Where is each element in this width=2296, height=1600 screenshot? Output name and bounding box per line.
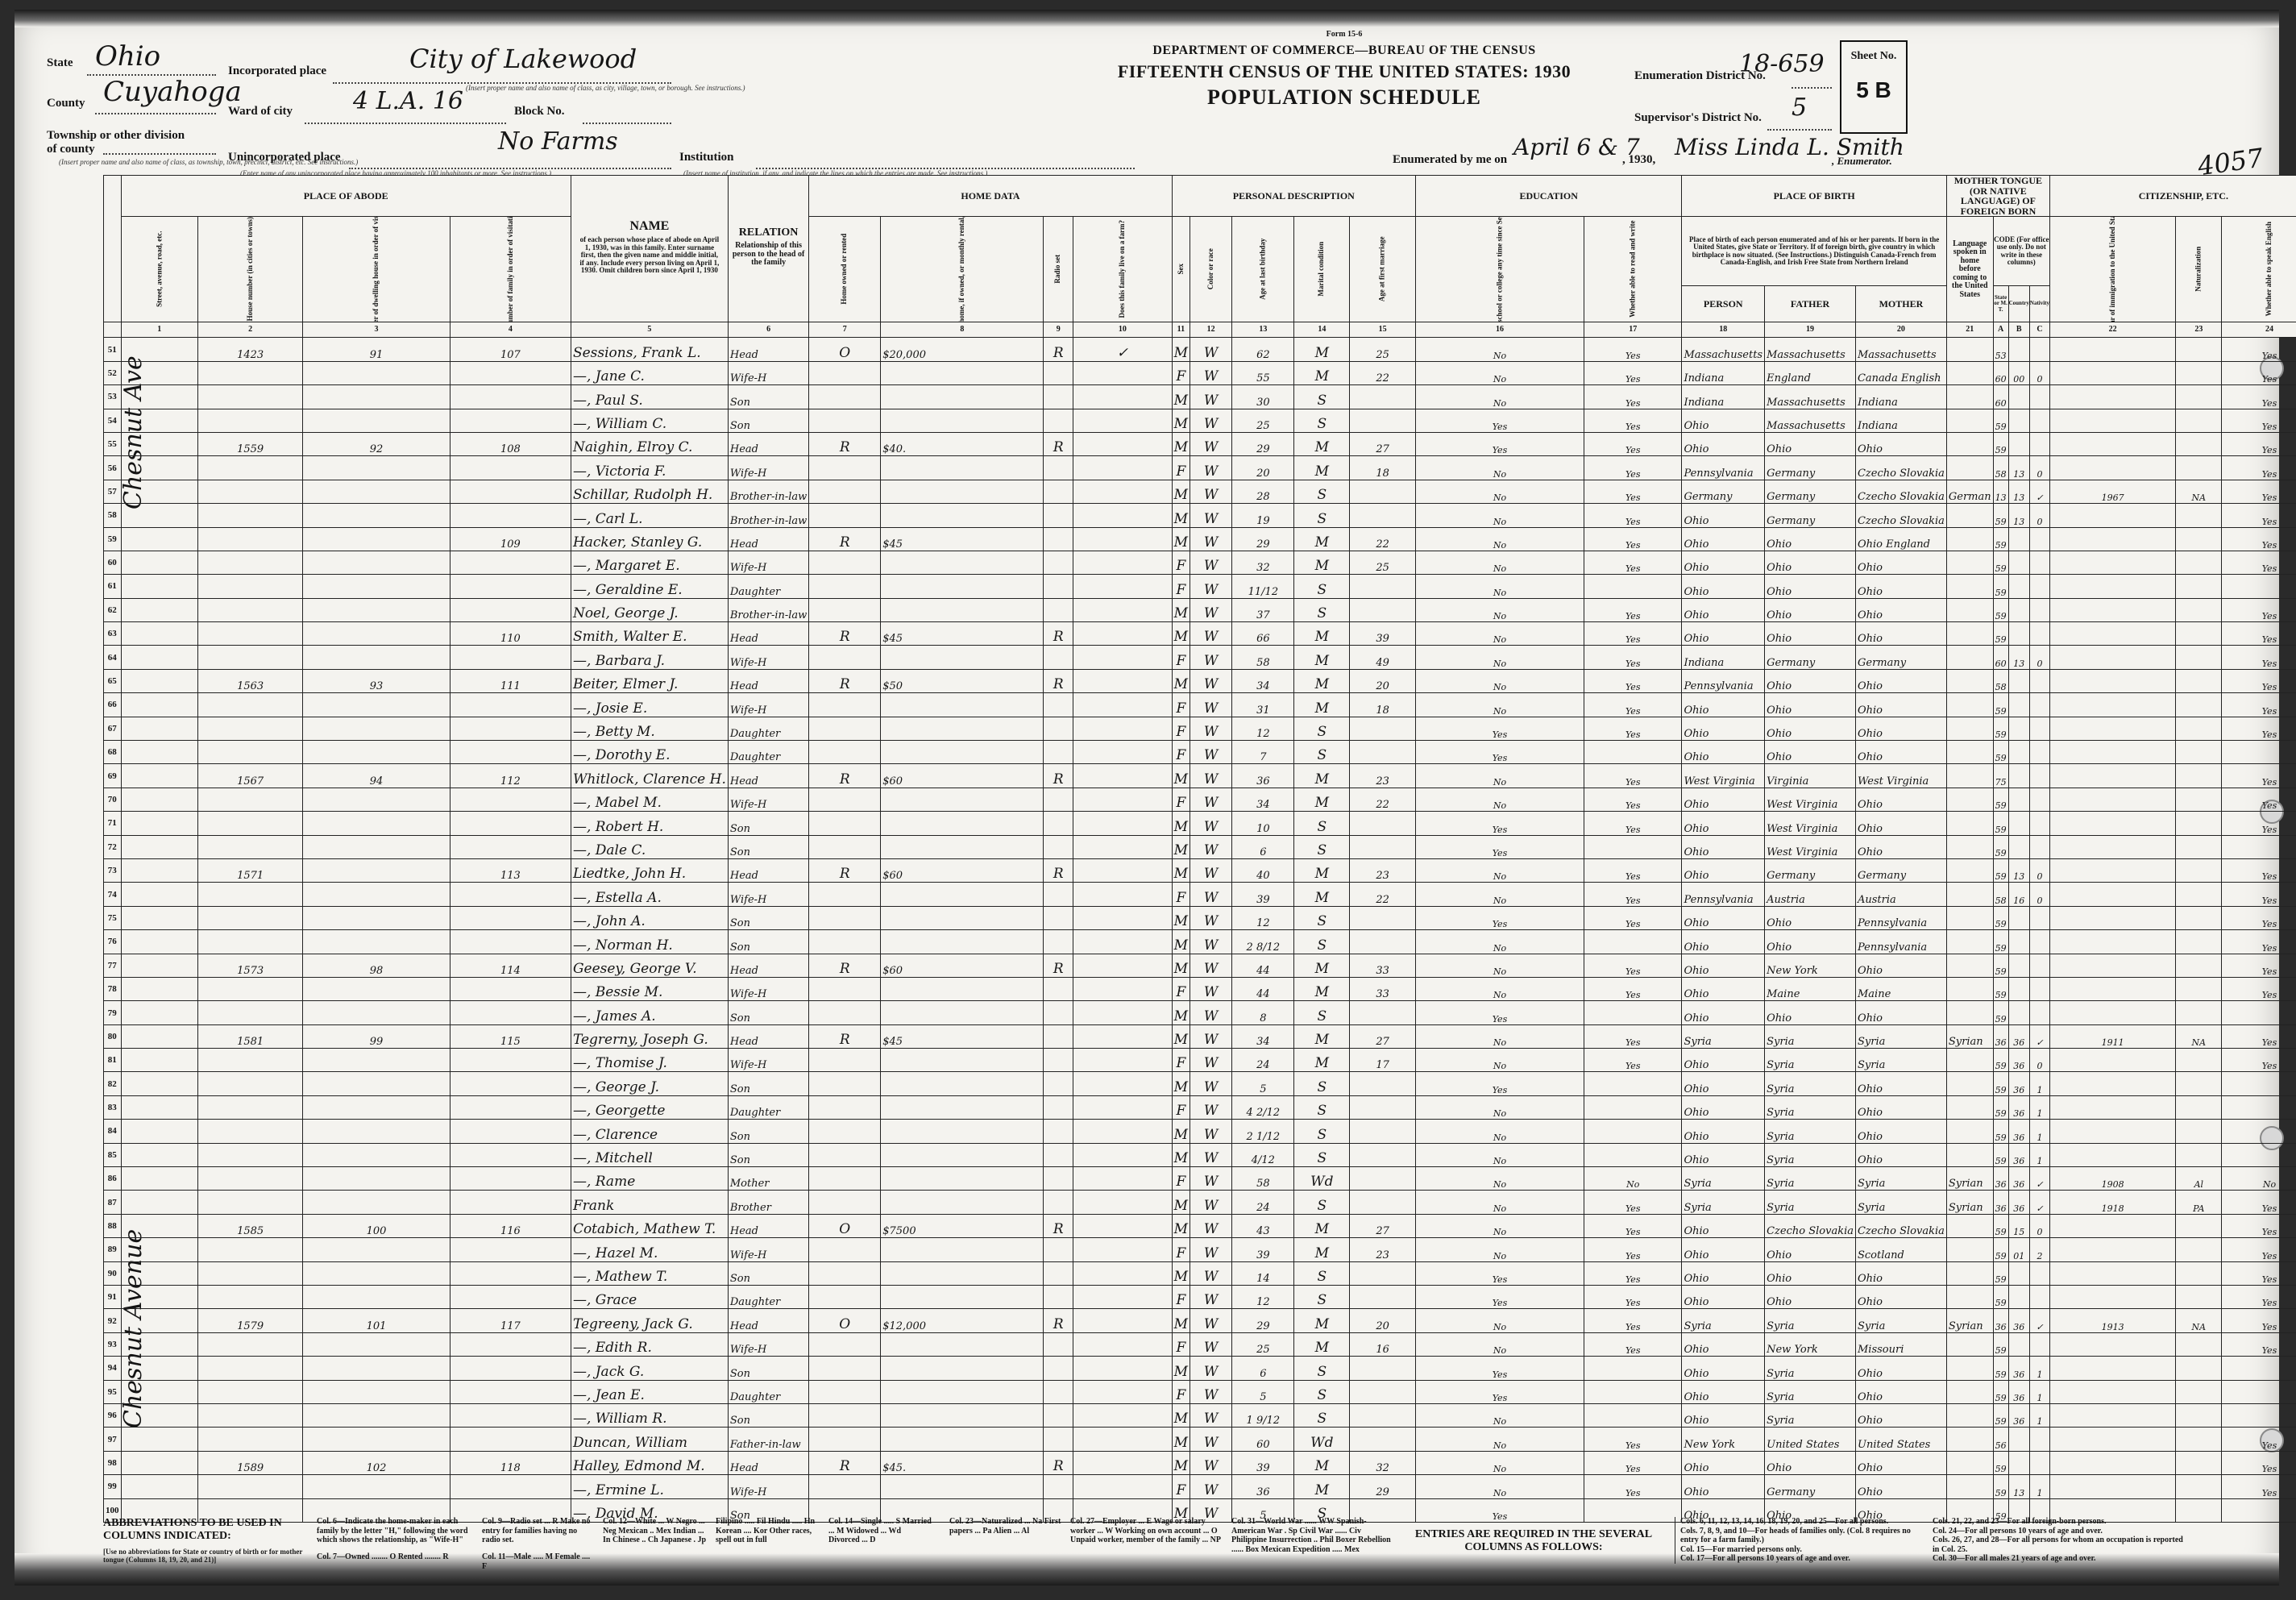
farm <box>1073 1167 1173 1191</box>
code-b <box>2008 741 2029 764</box>
birthplace-person: Ohio <box>1682 1072 1765 1095</box>
marital: M <box>1294 1309 1350 1332</box>
code-c <box>2029 622 2049 646</box>
incorporated-value: City of Lakewood <box>409 44 637 74</box>
birthplace-father: Germany <box>1765 456 1856 480</box>
age-first-marriage: 25 <box>1350 551 1416 574</box>
birthplace-mother: Syria <box>1855 1309 1946 1332</box>
dwelling-number: 100 <box>303 1214 450 1237</box>
table-row: 921579101117Tegreeny, Jack G.HeadO$12,00… <box>104 1309 2296 1332</box>
code-c: ✓ <box>2029 480 2049 503</box>
race: W <box>1190 930 1232 954</box>
code-c: 1 <box>2029 1095 2049 1119</box>
street-cell <box>121 1191 197 1214</box>
mother-tongue <box>1946 1001 1993 1024</box>
person-name: —, Bessie M. <box>571 977 728 1000</box>
code-b: 36 <box>2008 1024 2029 1048</box>
home-value <box>881 480 1044 503</box>
table-row: 83—, GeorgetteDaughterFW4 2/12SNoOhioSyr… <box>104 1095 2296 1119</box>
person-name: —, Grace <box>571 1286 728 1309</box>
family-number <box>450 1095 571 1119</box>
birthplace-mother: Pennsylvania <box>1855 906 1946 929</box>
person-name: —, Carl L. <box>571 504 728 527</box>
owned-rented <box>809 361 881 384</box>
code-c <box>2029 598 2049 621</box>
school: No <box>1415 504 1584 527</box>
code-b: 36 <box>2008 1095 2029 1119</box>
code-b: 13 <box>2008 480 2029 503</box>
group-tongue: MOTHER TONGUE (OR NATIVE LANGUAGE) OF FO… <box>1946 176 2049 217</box>
home-value <box>881 1403 1044 1427</box>
sex: M <box>1172 527 1190 551</box>
table-row: 91—, GraceDaughterFW12SYesYesOhioOhioOhi… <box>104 1286 2296 1309</box>
dwelling-number <box>303 693 450 717</box>
age-first-marriage <box>1350 1286 1416 1309</box>
farm <box>1073 1451 1173 1474</box>
speaks-english: Yes <box>2222 669 2296 692</box>
race: W <box>1190 858 1232 882</box>
immigration-year <box>2050 575 2176 598</box>
family-number <box>450 1238 571 1261</box>
code-c <box>2029 1451 2049 1474</box>
code-a: 59 <box>1993 788 2008 811</box>
dwelling-number <box>303 622 450 646</box>
farm <box>1073 835 1173 858</box>
dwelling-number <box>303 1428 450 1451</box>
table-row: 84—, ClarenceSonMW2 1/12SNoOhioSyriaOhio… <box>104 1120 2296 1143</box>
street-cell <box>121 598 197 621</box>
birthplace-mother: Ohio <box>1855 1143 1946 1166</box>
dwelling-number <box>303 1095 450 1119</box>
birthplace-mother: Ohio <box>1855 1357 1946 1380</box>
table-row: 82—, George J.SonMW5SYesOhioSyriaOhio593… <box>104 1072 2296 1095</box>
house-number <box>197 1428 302 1451</box>
code-c: 1 <box>2029 1120 2049 1143</box>
street-cell <box>121 1428 197 1451</box>
birthplace-father: United States <box>1765 1428 1856 1451</box>
mother-tongue: Syrian <box>1946 1191 1993 1214</box>
owned-rented: R <box>809 764 881 788</box>
school: No <box>1415 1451 1584 1474</box>
age: 7 <box>1232 741 1294 764</box>
code-a: 58 <box>1993 456 2008 480</box>
speaks-english: Yes <box>2222 858 2296 882</box>
code-c: 1 <box>2029 1380 2049 1403</box>
age: 5 <box>1232 1072 1294 1095</box>
birthplace-mother: Massachusetts <box>1855 338 1946 361</box>
read-write: Yes <box>1584 954 1682 977</box>
owned-rented <box>809 741 881 764</box>
farm <box>1073 1428 1173 1451</box>
code-b: 00 <box>2008 361 2029 384</box>
age-first-marriage: 22 <box>1350 788 1416 811</box>
birthplace-mother: Ohio <box>1855 1286 1946 1309</box>
birthplace-person: Ohio <box>1682 551 1765 574</box>
mother-tongue <box>1946 930 1993 954</box>
race: W <box>1190 1309 1232 1332</box>
farm <box>1073 883 1173 906</box>
table-row: 59109Hacker, Stanley G.HeadR$45MW29M22No… <box>104 527 2296 551</box>
naturalization <box>2176 835 2222 858</box>
marital: M <box>1294 1451 1350 1474</box>
sex: M <box>1172 1143 1190 1166</box>
naturalization <box>2176 1120 2222 1143</box>
family-number <box>450 361 571 384</box>
age: 36 <box>1232 764 1294 788</box>
immigration-year <box>2050 527 2176 551</box>
age-first-marriage: 22 <box>1350 883 1416 906</box>
sex: M <box>1172 1214 1190 1237</box>
line-number: 57 <box>104 480 122 503</box>
sex: F <box>1172 977 1190 1000</box>
age: 14 <box>1232 1261 1294 1285</box>
line-number: 97 <box>104 1428 122 1451</box>
code-a: 59 <box>1993 1403 2008 1427</box>
speaks-english: Yes <box>2222 551 2296 574</box>
table-row: 57Schillar, Rudolph H.Brother-in-lawMW28… <box>104 480 2296 503</box>
person-name: Schillar, Rudolph H. <box>571 480 728 503</box>
naturalization <box>2176 338 2222 361</box>
birthplace-father: New York <box>1765 954 1856 977</box>
code-c: 1 <box>2029 1403 2049 1427</box>
read-write: Yes <box>1584 1214 1682 1237</box>
birthplace-person: Ohio <box>1682 598 1765 621</box>
race: W <box>1190 717 1232 740</box>
mother-tongue <box>1946 954 1993 977</box>
col-number: 18 <box>1682 322 1765 338</box>
birthplace-person: Ohio <box>1682 954 1765 977</box>
house-number <box>197 480 302 503</box>
mother-tongue <box>1946 1451 1993 1474</box>
code-b <box>2008 598 2029 621</box>
code-b <box>2008 409 2029 432</box>
family-number <box>450 1380 571 1403</box>
col-code-b: Country <box>2008 285 2029 322</box>
marital: M <box>1294 361 1350 384</box>
mother-tongue <box>1946 361 1993 384</box>
code-c: 0 <box>2029 361 2049 384</box>
radio <box>1044 551 1073 574</box>
col-number: 16 <box>1415 322 1584 338</box>
sex: F <box>1172 1332 1190 1356</box>
school: No <box>1415 1332 1584 1356</box>
school: No <box>1415 1309 1584 1332</box>
mother-tongue <box>1946 646 1993 669</box>
house-number: 1589 <box>197 1451 302 1474</box>
code-a: 59 <box>1993 977 2008 1000</box>
relation: Son <box>728 1403 808 1427</box>
home-value: $60 <box>881 954 1044 977</box>
marital: M <box>1294 693 1350 717</box>
birthplace-person: Indiana <box>1682 361 1765 384</box>
house-number <box>197 930 302 954</box>
radio <box>1044 480 1073 503</box>
age-first-marriage: 20 <box>1350 1309 1416 1332</box>
sex: M <box>1172 1403 1190 1427</box>
family-number <box>450 1167 571 1191</box>
form-number: Form 15-6 <box>1054 30 1634 39</box>
dwelling-number <box>303 361 450 384</box>
family-number <box>450 385 571 409</box>
immigration-year <box>2050 858 2176 882</box>
line-number: 91 <box>104 1286 122 1309</box>
speaks-english: Yes <box>2222 646 2296 669</box>
owned-rented: R <box>809 432 881 455</box>
home-value <box>881 385 1044 409</box>
race: W <box>1190 1380 1232 1403</box>
speaks-english: Yes <box>2222 764 2296 788</box>
home-value <box>881 361 1044 384</box>
table-row: 71—, Robert H.SonMW10SYesYesOhioWest Vir… <box>104 812 2296 835</box>
naturalization <box>2176 954 2222 977</box>
naturalization: Al <box>2176 1167 2222 1191</box>
school: No <box>1415 883 1584 906</box>
relation: Wife-H <box>728 693 808 717</box>
home-value <box>881 551 1044 574</box>
mother-tongue: Syrian <box>1946 1309 1993 1332</box>
code-b: 16 <box>2008 883 2029 906</box>
home-value <box>881 1286 1044 1309</box>
mother-tongue <box>1946 598 1993 621</box>
house-number <box>197 1357 302 1380</box>
street-cell <box>121 835 197 858</box>
code-b: 13 <box>2008 858 2029 882</box>
immigration-year <box>2050 1261 2176 1285</box>
read-write: Yes <box>1584 361 1682 384</box>
family-number <box>450 835 571 858</box>
house-number <box>197 1072 302 1095</box>
code-b <box>2008 1261 2029 1285</box>
birthplace-person: Ohio <box>1682 1475 1765 1498</box>
mother-tongue <box>1946 883 1993 906</box>
read-write <box>1584 1095 1682 1119</box>
age: 28 <box>1232 480 1294 503</box>
age: 5 <box>1232 1380 1294 1403</box>
age-first-marriage: 39 <box>1350 622 1416 646</box>
mother-tongue <box>1946 1072 1993 1095</box>
code-b <box>2008 527 2029 551</box>
farm <box>1073 1001 1173 1024</box>
code-c <box>2029 1261 2049 1285</box>
code-b <box>2008 385 2029 409</box>
age-first-marriage <box>1350 812 1416 835</box>
person-name: —, Mitchell <box>571 1143 728 1166</box>
farm <box>1073 1357 1173 1380</box>
owned-rented <box>809 1001 881 1024</box>
owned-rented: O <box>809 338 881 361</box>
immigration-year <box>2050 977 2176 1000</box>
supervisor-value: 5 <box>1792 94 1807 122</box>
radio: R <box>1044 1309 1073 1332</box>
home-value: $60 <box>881 858 1044 882</box>
col-code: CODE (For office use only. Do not write … <box>1993 217 2049 285</box>
sex: F <box>1172 456 1190 480</box>
age-first-marriage <box>1350 1261 1416 1285</box>
code-a: 59 <box>1993 835 2008 858</box>
col-marital: Marital condition <box>1294 217 1350 322</box>
birthplace-person: Ohio <box>1682 858 1765 882</box>
speaks-english: Yes <box>2222 456 2296 480</box>
home-value <box>881 930 1044 954</box>
farm <box>1073 693 1173 717</box>
owned-rented <box>809 930 881 954</box>
line-number: 72 <box>104 835 122 858</box>
table-row: 89—, Hazel M.Wife-HFW39M23NoYesOhioOhioS… <box>104 1238 2296 1261</box>
col-number: B <box>2008 322 2029 338</box>
home-value: $45. <box>881 1451 1044 1474</box>
birthplace-mother: Ohio <box>1855 693 1946 717</box>
birthplace-mother: Germany <box>1855 646 1946 669</box>
age-first-marriage <box>1350 1357 1416 1380</box>
relation: Head <box>728 622 808 646</box>
birthplace-father: Massachusetts <box>1765 385 1856 409</box>
code-a: 36 <box>1993 1167 2008 1191</box>
code-b: 13 <box>2008 456 2029 480</box>
col-code-c: Nativity <box>2029 285 2049 322</box>
read-write: Yes <box>1584 1261 1682 1285</box>
person-name: —, Margaret E. <box>571 551 728 574</box>
family-number: 108 <box>450 432 571 455</box>
birthplace-mother: Ohio <box>1855 717 1946 740</box>
home-value <box>881 1475 1044 1498</box>
speaks-english: Yes <box>2222 409 2296 432</box>
speaks-english: Yes <box>2222 906 2296 929</box>
naturalization <box>2176 1261 2222 1285</box>
owned-rented: R <box>809 669 881 692</box>
code-a: 59 <box>1993 1357 2008 1380</box>
race: W <box>1190 741 1232 764</box>
birthplace-father: Syria <box>1765 1095 1856 1119</box>
street-cell <box>121 1120 197 1143</box>
code-c <box>2029 432 2049 455</box>
person-name: —, Jane C. <box>571 361 728 384</box>
dwelling-number <box>303 883 450 906</box>
code-a: 59 <box>1993 1380 2008 1403</box>
col-street: Street, avenue, road, etc. <box>121 217 197 322</box>
radio: R <box>1044 669 1073 692</box>
marital: M <box>1294 432 1350 455</box>
family-number <box>450 1403 571 1427</box>
col-number: 8 <box>881 322 1044 338</box>
naturalization <box>2176 646 2222 669</box>
line-number: 87 <box>104 1191 122 1214</box>
house-number <box>197 527 302 551</box>
code-a: 59 <box>1993 1238 2008 1261</box>
owned-rented <box>809 1380 881 1403</box>
naturalization <box>2176 622 2222 646</box>
birthplace-father: Syria <box>1765 1403 1856 1427</box>
immigration-year <box>2050 1475 2176 1498</box>
age: 12 <box>1232 717 1294 740</box>
radio <box>1044 409 1073 432</box>
age: 4 2/12 <box>1232 1095 1294 1119</box>
read-write <box>1584 1143 1682 1166</box>
sex: F <box>1172 1095 1190 1119</box>
dwelling-number <box>303 741 450 764</box>
marital: S <box>1294 1380 1350 1403</box>
naturalization <box>2176 598 2222 621</box>
code-b: 36 <box>2008 1309 2029 1332</box>
sex: F <box>1172 575 1190 598</box>
owned-rented <box>809 1095 881 1119</box>
house-number: 1423 <box>197 338 302 361</box>
mother-tongue <box>1946 1332 1993 1356</box>
street-cell <box>121 1451 197 1474</box>
mother-tongue <box>1946 858 1993 882</box>
sex: M <box>1172 812 1190 835</box>
school: Yes <box>1415 1261 1584 1285</box>
code-b <box>2008 338 2029 361</box>
relation: Daughter <box>728 717 808 740</box>
county-label: County <box>47 97 85 110</box>
immigration-year <box>2050 669 2176 692</box>
school: No <box>1415 1238 1584 1261</box>
age-first-marriage: 27 <box>1350 432 1416 455</box>
mother-tongue <box>1946 1049 1993 1072</box>
speaks-english <box>2222 575 2296 598</box>
naturalization <box>2176 906 2222 929</box>
radio <box>1044 598 1073 621</box>
person-name: —, Betty M. <box>571 717 728 740</box>
dwelling-number: 98 <box>303 954 450 977</box>
birthplace-father: Syria <box>1765 1120 1856 1143</box>
immigration-year <box>2050 385 2176 409</box>
street-cell <box>121 1167 197 1191</box>
birthplace-father: Germany <box>1765 646 1856 669</box>
dwelling-number <box>303 1001 450 1024</box>
relation: Brother-in-law <box>728 504 808 527</box>
race: W <box>1190 646 1232 669</box>
read-write: Yes <box>1584 598 1682 621</box>
farm <box>1073 1332 1173 1356</box>
home-value <box>881 1238 1044 1261</box>
race: W <box>1190 1428 1232 1451</box>
birthplace-person: Ohio <box>1682 622 1765 646</box>
read-write: Yes <box>1584 409 1682 432</box>
owned-rented <box>809 1191 881 1214</box>
sheet-number-box: Sheet No. 5 B <box>1840 40 1908 134</box>
immigration-year <box>2050 906 2176 929</box>
sex: F <box>1172 1380 1190 1403</box>
marital: S <box>1294 575 1350 598</box>
birthplace-mother: Ohio <box>1855 954 1946 977</box>
birthplace-father: Ohio <box>1765 669 1856 692</box>
dwelling-number <box>303 1286 450 1309</box>
speaks-english: Yes <box>2222 788 2296 811</box>
street-cell <box>121 930 197 954</box>
naturalization <box>2176 432 2222 455</box>
radio <box>1044 504 1073 527</box>
table-row: 731571113Liedtke, John H.HeadR$60RMW40M2… <box>104 858 2296 882</box>
naturalization <box>2176 669 2222 692</box>
house-number: 1563 <box>197 669 302 692</box>
birthplace-person: Ohio <box>1682 1357 1765 1380</box>
speaks-english: Yes <box>2222 954 2296 977</box>
radio <box>1044 646 1073 669</box>
dwelling-number <box>303 598 450 621</box>
radio <box>1044 1238 1073 1261</box>
home-value <box>881 1120 1044 1143</box>
mother-tongue <box>1946 1238 1993 1261</box>
code-c <box>2029 764 2049 788</box>
age: 8 <box>1232 1001 1294 1024</box>
family-number <box>450 1072 571 1095</box>
abbr-col9: Col. 9—Radio set ... R Make no entry for… <box>482 1517 591 1545</box>
immigration-year <box>2050 622 2176 646</box>
immigration-year: 1918 <box>2050 1191 2176 1214</box>
sheet-value: 5 B <box>1841 77 1906 103</box>
immigration-year <box>2050 456 2176 480</box>
